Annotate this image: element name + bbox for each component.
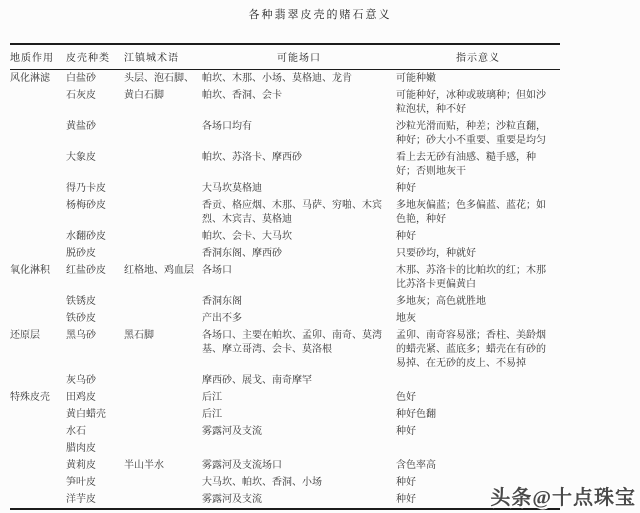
geo-action-cell: 还原层 <box>10 327 66 372</box>
skin-type-cell: 铁锈皮 <box>66 293 124 310</box>
term-cell <box>124 389 202 406</box>
toutiao-watermark: 头条@十点珠宝 <box>490 481 636 510</box>
skin-type-cell: 田鸡皮 <box>66 389 124 406</box>
sites-cell: 帕坎、苏洛卡、摩西砂 <box>202 149 396 180</box>
table-row: 水翻砂皮帕坎、会卡、大马坎种好 <box>10 228 560 245</box>
table-row: 黄盐砂各场口均有沙粒光滑而贴，种差；沙粒直翻，种好；砂大小不重要、重要是均匀 <box>10 118 560 149</box>
meaning-cell: 色好 <box>396 389 560 406</box>
sites-cell: 后江 <box>202 389 396 406</box>
skin-type-cell: 笋叶皮 <box>66 474 124 491</box>
term-cell <box>124 423 202 440</box>
skin-type-cell: 灰乌砂 <box>66 372 124 389</box>
geo-action-cell <box>10 149 66 180</box>
table-header: 地质作用 皮壳种类 江镇城术语 可能场口 指示意义 <box>10 44 560 70</box>
column-header-meaning: 指示意义 <box>396 44 560 70</box>
meaning-cell: 种好 <box>396 423 560 440</box>
column-header-skin-type: 皮壳种类 <box>66 44 124 70</box>
meaning-cell <box>396 372 560 389</box>
geo-action-cell <box>10 423 66 440</box>
geo-action-cell <box>10 245 66 262</box>
skin-type-cell: 大象皮 <box>66 149 124 180</box>
geo-action-cell <box>10 197 66 228</box>
term-cell: 半山半水 <box>124 457 202 474</box>
skin-type-cell: 红盐砂皮 <box>66 262 124 293</box>
meaning-cell: 种好 <box>396 228 560 245</box>
geo-action-cell <box>10 87 66 118</box>
skin-type-cell: 白盐砂 <box>66 70 124 88</box>
sites-cell: 雾露河及支流场口 <box>202 457 396 474</box>
meaning-cell: 木那、苏洛卡的比帕坎的红；木那比苏洛卡更偏黄白 <box>396 262 560 293</box>
sites-cell: 雾露河及支流 <box>202 423 396 440</box>
meaning-cell: 可能种嫩 <box>396 70 560 88</box>
column-header-sites: 可能场口 <box>202 44 396 70</box>
geo-action-cell <box>10 440 66 457</box>
skin-type-cell: 铁砂皮 <box>66 310 124 327</box>
table-title: 各种翡翠皮壳的赌石意义 <box>0 0 640 22</box>
jade-skin-table: 地质作用 皮壳种类 江镇城术语 可能场口 指示意义 风化淋滤白盐砂头层、泡石脚、… <box>10 43 560 510</box>
table-row: 风化淋滤白盐砂头层、泡石脚、帕坎、木那、小场、莫格迪、龙肯可能种嫩 <box>10 70 560 88</box>
skin-type-cell: 黄白蜡壳 <box>66 406 124 423</box>
table-row: 黄莉皮半山半水雾露河及支流场口含色率高 <box>10 457 560 474</box>
sites-cell: 香贡、格应烟、木那、马萨、穷啪、木宾烈、木宾吉、莫格迪 <box>202 197 396 228</box>
table-row: 铁锈皮香洞东阁多地灰；高色就胜地 <box>10 293 560 310</box>
sites-cell: 各场口 <box>202 262 396 293</box>
meaning-cell: 种好 <box>396 180 560 197</box>
geo-action-cell <box>10 372 66 389</box>
column-header-term: 江镇城术语 <box>124 44 202 70</box>
skin-type-cell: 水翻砂皮 <box>66 228 124 245</box>
meaning-cell: 可能种好，冰种或玻璃种；但如沙粒泡状，种不好 <box>396 87 560 118</box>
table-row: 水石雾露河及支流种好 <box>10 423 560 440</box>
meaning-cell: 多地灰；高色就胜地 <box>396 293 560 310</box>
skin-type-cell: 黑乌砂 <box>66 327 124 372</box>
skin-type-cell: 洋芋皮 <box>66 491 124 509</box>
term-cell <box>124 372 202 389</box>
sites-cell: 各场口、主要在帕坎、孟卯、南奇、莫湾基、摩立哥湾、会卡、莫洛根 <box>202 327 396 372</box>
meaning-cell: 多地灰偏蓝；色多偏蓝、蓝花；如色艳，种好 <box>396 197 560 228</box>
term-cell <box>124 197 202 228</box>
meaning-cell: 含色率高 <box>396 457 560 474</box>
term-cell <box>124 149 202 180</box>
geo-action-cell <box>10 491 66 509</box>
sites-cell: 产出不多 <box>202 310 396 327</box>
term-cell: 黑石脚 <box>124 327 202 372</box>
term-cell <box>124 491 202 509</box>
skin-type-cell: 石灰皮 <box>66 87 124 118</box>
skin-type-cell: 水石 <box>66 423 124 440</box>
table-row: 脱砂皮香洞东阁、摩西砂只要砂均，种就好 <box>10 245 560 262</box>
sites-cell: 雾露河及支流 <box>202 491 396 509</box>
geo-action-cell <box>10 457 66 474</box>
meaning-cell <box>396 440 560 457</box>
term-cell <box>124 118 202 149</box>
sites-cell: 大马坎莫格迪 <box>202 180 396 197</box>
sites-cell: 香洞东阁 <box>202 293 396 310</box>
meaning-cell: 沙粒光滑而贴，种差；沙粒直翻，种好；砂大小不重要、重要是均匀 <box>396 118 560 149</box>
sites-cell: 帕坎、会卡、大马坎 <box>202 228 396 245</box>
term-cell <box>124 406 202 423</box>
table-body: 风化淋滤白盐砂头层、泡石脚、帕坎、木那、小场、莫格迪、龙肯可能种嫩石灰皮黄白石脚… <box>10 70 560 510</box>
table-row: 铁砂皮产出不多地灰 <box>10 310 560 327</box>
meaning-cell: 种好色翻 <box>396 406 560 423</box>
sites-cell: 大马坎、帕坎、香洞、小场 <box>202 474 396 491</box>
sites-cell <box>202 440 396 457</box>
table-row: 得乃卡皮大马坎莫格迪种好 <box>10 180 560 197</box>
geo-action-cell: 氧化淋积 <box>10 262 66 293</box>
skin-type-cell: 脱砂皮 <box>66 245 124 262</box>
sites-cell: 香洞东阁、摩西砂 <box>202 245 396 262</box>
table-row: 笋叶皮大马坎、帕坎、香洞、小场种好 <box>10 474 560 491</box>
term-cell <box>124 310 202 327</box>
geo-action-cell <box>10 474 66 491</box>
column-header-geo-action: 地质作用 <box>10 44 66 70</box>
table-row: 石灰皮黄白石脚帕坎、香洞、会卡可能种好，冰种或玻璃种；但如沙粒泡状，种不好 <box>10 87 560 118</box>
meaning-cell: 地灰 <box>396 310 560 327</box>
table-row: 腊肉皮 <box>10 440 560 457</box>
skin-type-cell: 黄莉皮 <box>66 457 124 474</box>
skin-type-cell: 黄盐砂 <box>66 118 124 149</box>
table-row: 黄白蜡壳后江种好色翻 <box>10 406 560 423</box>
sites-cell: 各场口均有 <box>202 118 396 149</box>
geo-action-cell <box>10 118 66 149</box>
geo-action-cell: 特殊皮壳 <box>10 389 66 406</box>
scanned-page: 各种翡翠皮壳的赌石意义 地质作用 皮壳种类 江镇城术语 可能场口 指示意义 风化… <box>0 0 640 513</box>
skin-type-cell: 杨梅砂皮 <box>66 197 124 228</box>
sites-cell: 帕坎、木那、小场、莫格迪、龙肯 <box>202 70 396 88</box>
term-cell <box>124 440 202 457</box>
term-cell: 黄白石脚 <box>124 87 202 118</box>
table-row: 还原层黑乌砂黑石脚各场口、主要在帕坎、孟卯、南奇、莫湾基、摩立哥湾、会卡、莫洛根… <box>10 327 560 372</box>
skin-type-cell: 得乃卡皮 <box>66 180 124 197</box>
geo-action-cell <box>10 228 66 245</box>
term-cell <box>124 245 202 262</box>
term-cell <box>124 180 202 197</box>
table-row: 杨梅砂皮香贡、格应烟、木那、马萨、穷啪、木宾烈、木宾吉、莫格迪多地灰偏蓝；色多偏… <box>10 197 560 228</box>
term-cell <box>124 228 202 245</box>
term-cell <box>124 474 202 491</box>
geo-action-cell <box>10 293 66 310</box>
term-cell: 红格地、鸡血层 <box>124 262 202 293</box>
table-row: 大象皮帕坎、苏洛卡、摩西砂看上去无砂有油感、糙手感，种好；否则地灰干 <box>10 149 560 180</box>
meaning-cell: 只要砂均，种就好 <box>396 245 560 262</box>
geo-action-cell <box>10 180 66 197</box>
geo-action-cell <box>10 406 66 423</box>
sites-cell: 摩西砂、展戈、南奇摩罕 <box>202 372 396 389</box>
term-cell: 头层、泡石脚、 <box>124 70 202 88</box>
table-row: 特殊皮壳田鸡皮后江色好 <box>10 389 560 406</box>
meaning-cell: 孟卯、南奇容易涨；香柱、美龄烟的蜡壳紧、蓝底多；蜡壳在有砂的易掉、在无砂的皮上、… <box>396 327 560 372</box>
term-cell <box>124 293 202 310</box>
geo-action-cell <box>10 310 66 327</box>
geo-action-cell: 风化淋滤 <box>10 70 66 88</box>
table-row: 洋芋皮雾露河及支流种好 <box>10 491 560 509</box>
skin-type-cell: 腊肉皮 <box>66 440 124 457</box>
table-row: 氧化淋积红盐砂皮红格地、鸡血层各场口木那、苏洛卡的比帕坎的红；木那比苏洛卡更偏黄… <box>10 262 560 293</box>
meaning-cell: 看上去无砂有油感、糙手感，种好；否则地灰干 <box>396 149 560 180</box>
table-row: 灰乌砂摩西砂、展戈、南奇摩罕 <box>10 372 560 389</box>
sites-cell: 帕坎、香洞、会卡 <box>202 87 396 118</box>
sites-cell: 后江 <box>202 406 396 423</box>
